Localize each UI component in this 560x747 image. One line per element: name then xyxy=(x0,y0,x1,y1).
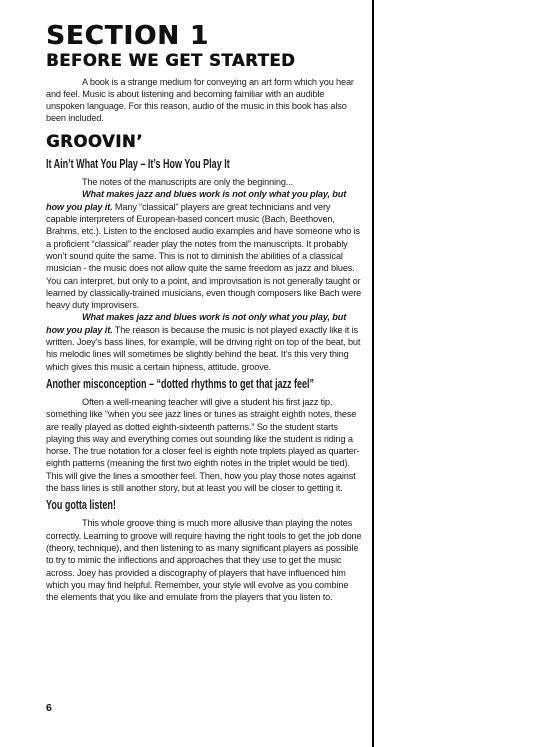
subheading-misconception: Another misconception – “dotted rhythms … xyxy=(46,377,274,391)
paragraph-misconception: Often a well-meaning teacher will give a… xyxy=(46,396,362,494)
section-title: SECTION 1 xyxy=(46,23,362,49)
intro-paragraph: A book is a strange medium for conveying… xyxy=(46,76,362,125)
groovin-heading: GROOVIN’ xyxy=(46,134,362,151)
paragraph-what-makes-1-text: Many “classical” players are great techn… xyxy=(46,202,361,310)
paragraph-what-makes-2: What makes jazz and blues work is not on… xyxy=(46,311,362,372)
chapter-heading: BEFORE WE GET STARTED xyxy=(46,53,362,70)
page-content: SECTION 1 BEFORE WE GET STARTED A book i… xyxy=(46,23,362,603)
paragraph-notes: The notes of the manuscripts are only th… xyxy=(46,176,362,188)
subheading-listen: You gotta listen! xyxy=(46,498,274,512)
page-number: 6 xyxy=(46,702,52,714)
book-page: SECTION 1 BEFORE WE GET STARTED A book i… xyxy=(0,0,560,747)
subheading-how-you-play: It Ain’t What You Play – It’s How You Pl… xyxy=(46,157,274,171)
paragraph-what-makes-1: What makes jazz and blues work is not on… xyxy=(46,188,362,311)
paragraph-listen: This whole groove thing is much more all… xyxy=(46,517,362,603)
page-edge-rule xyxy=(372,0,374,747)
